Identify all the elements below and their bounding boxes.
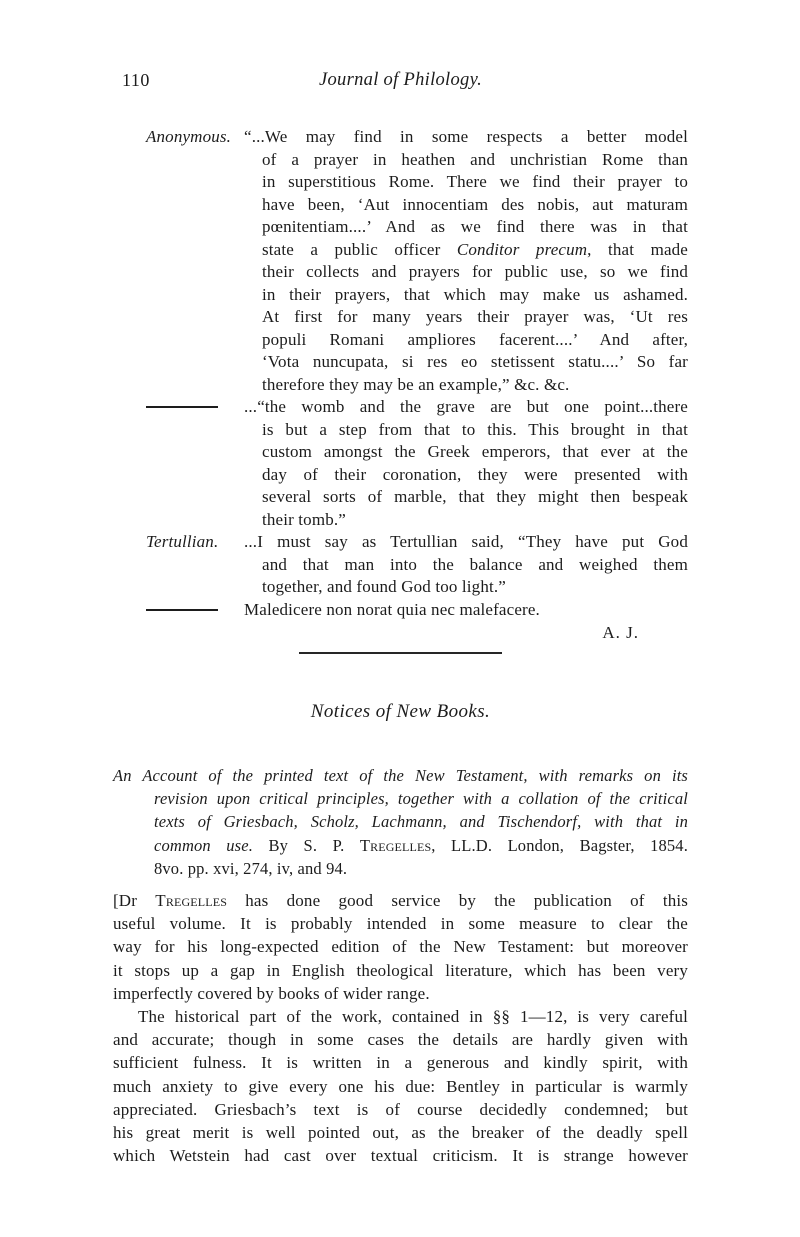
- text-line: in their prayers, that which may make us…: [244, 284, 688, 307]
- quote-attribution: Tertullian.: [113, 531, 244, 599]
- quote-text: ...I must say as Tertullian said, “They …: [244, 531, 688, 599]
- text-line: custom amongst the Greek emperors, that …: [244, 441, 688, 464]
- quote-entry-anonymous: Anonymous. “...We may find in some respe…: [113, 126, 688, 396]
- text-line: way for his long-expected edition of the…: [113, 935, 688, 958]
- quote-entry-tertullian: Tertullian. ...I must say as Tertullian …: [113, 531, 688, 599]
- text-line: day of their coronation, they were prese…: [244, 464, 688, 487]
- text-line: therefore they may be an example,” &c. &…: [244, 374, 688, 397]
- text-line: which Wetstein had cast over textual cri…: [113, 1144, 688, 1167]
- text-line: texts of Griesbach, Scholz, Lachmann, an…: [113, 810, 688, 833]
- text-line: “...We may find in some respects a bette…: [244, 126, 688, 149]
- running-title: Journal of Philology.: [113, 70, 688, 91]
- text-line: Maledicere non norat quia nec malefacere…: [244, 599, 688, 622]
- text-line: An Account of the printed text of the Ne…: [113, 764, 688, 787]
- text-line: populi Romani ampliores facerent....’ An…: [244, 329, 688, 352]
- quote-entry-anonymous-ditto: ...“the womb and the grave are but one p…: [113, 396, 688, 531]
- text-line: useful volume. It is probably intended i…: [113, 912, 688, 935]
- text-line: in superstitious Rome. There we find the…: [244, 171, 688, 194]
- text-line: ...“the womb and the grave are but one p…: [244, 396, 688, 419]
- section-heading: Notices of New Books.: [113, 700, 688, 724]
- quote-text: “...We may find in some respects a bette…: [244, 126, 688, 396]
- author-initials: A. J.: [113, 621, 688, 644]
- text-line: sufficient fulness. It is written in a g…: [113, 1051, 688, 1074]
- quote-text: Maledicere non norat quia nec malefacere…: [244, 599, 688, 622]
- quote-attribution: [113, 599, 244, 622]
- text-line: 8vo. pp. xvi, 274, iv, and 94.: [113, 857, 688, 880]
- text-line: The historical part of the work, contain…: [113, 1005, 688, 1028]
- ditto-dash: [146, 609, 218, 611]
- quote-attribution: Anonymous.: [113, 126, 244, 396]
- bibliography-entry: An Account of the printed text of the Ne…: [113, 764, 688, 880]
- text-line: ‘Vota nuncupata, si res eo stetissent st…: [244, 351, 688, 374]
- text-line: At first for many years their prayer was…: [244, 306, 688, 329]
- quote-entry-tertullian-ditto: Maledicere non norat quia nec malefacere…: [113, 599, 688, 622]
- text-line: several sorts of marble, that they might…: [244, 486, 688, 509]
- book-page: 110 Journal of Philology. Anonymous. “..…: [0, 0, 800, 1237]
- text-line: their collects and prayers for public us…: [244, 261, 688, 284]
- section-divider: [299, 652, 502, 654]
- text-line: pœnitentiam....’ And as we find there wa…: [244, 216, 688, 239]
- text-line: it stops up a gap in English theological…: [113, 959, 688, 982]
- text-line: is but a step from that to this. This br…: [244, 419, 688, 442]
- text-line: of a prayer in heathen and unchristian R…: [244, 149, 688, 172]
- text-line: ...I must say as Tertullian said, “They …: [244, 531, 688, 554]
- text-line: their tomb.”: [244, 509, 688, 532]
- quote-text: ...“the womb and the grave are but one p…: [244, 396, 688, 531]
- quote-attribution: [113, 396, 244, 531]
- text-line: common use. By S. P. Tregelles, LL.D. Lo…: [113, 834, 688, 857]
- text-line: appreciated. Griesbach’s text is of cour…: [113, 1098, 688, 1121]
- page-content: Anonymous. “...We may find in some respe…: [113, 126, 688, 1167]
- review-paragraph-1: [Dr Tregelles has done good service by t…: [113, 889, 688, 1005]
- text-line: state a public officer Conditor precum, …: [244, 239, 688, 262]
- ditto-dash: [146, 406, 218, 408]
- text-line: his great merit is well pointed out, as …: [113, 1121, 688, 1144]
- text-line: have been, ‘Aut innocentiam des nobis, a…: [244, 194, 688, 217]
- text-line: much anxiety to give every one his due: …: [113, 1075, 688, 1098]
- text-line: [Dr Tregelles has done good service by t…: [113, 889, 688, 912]
- text-line: and that man into the balance and weighe…: [244, 554, 688, 577]
- review-paragraph-2: The historical part of the work, contain…: [113, 1005, 688, 1167]
- page-header: 110 Journal of Philology.: [113, 70, 688, 94]
- text-line: revision upon critical principles, toget…: [113, 787, 688, 810]
- text-line: together, and found God too light.”: [244, 576, 688, 599]
- text-line: imperfectly covered by books of wider ra…: [113, 982, 688, 1005]
- text-line: and accurate; though in some cases the d…: [113, 1028, 688, 1051]
